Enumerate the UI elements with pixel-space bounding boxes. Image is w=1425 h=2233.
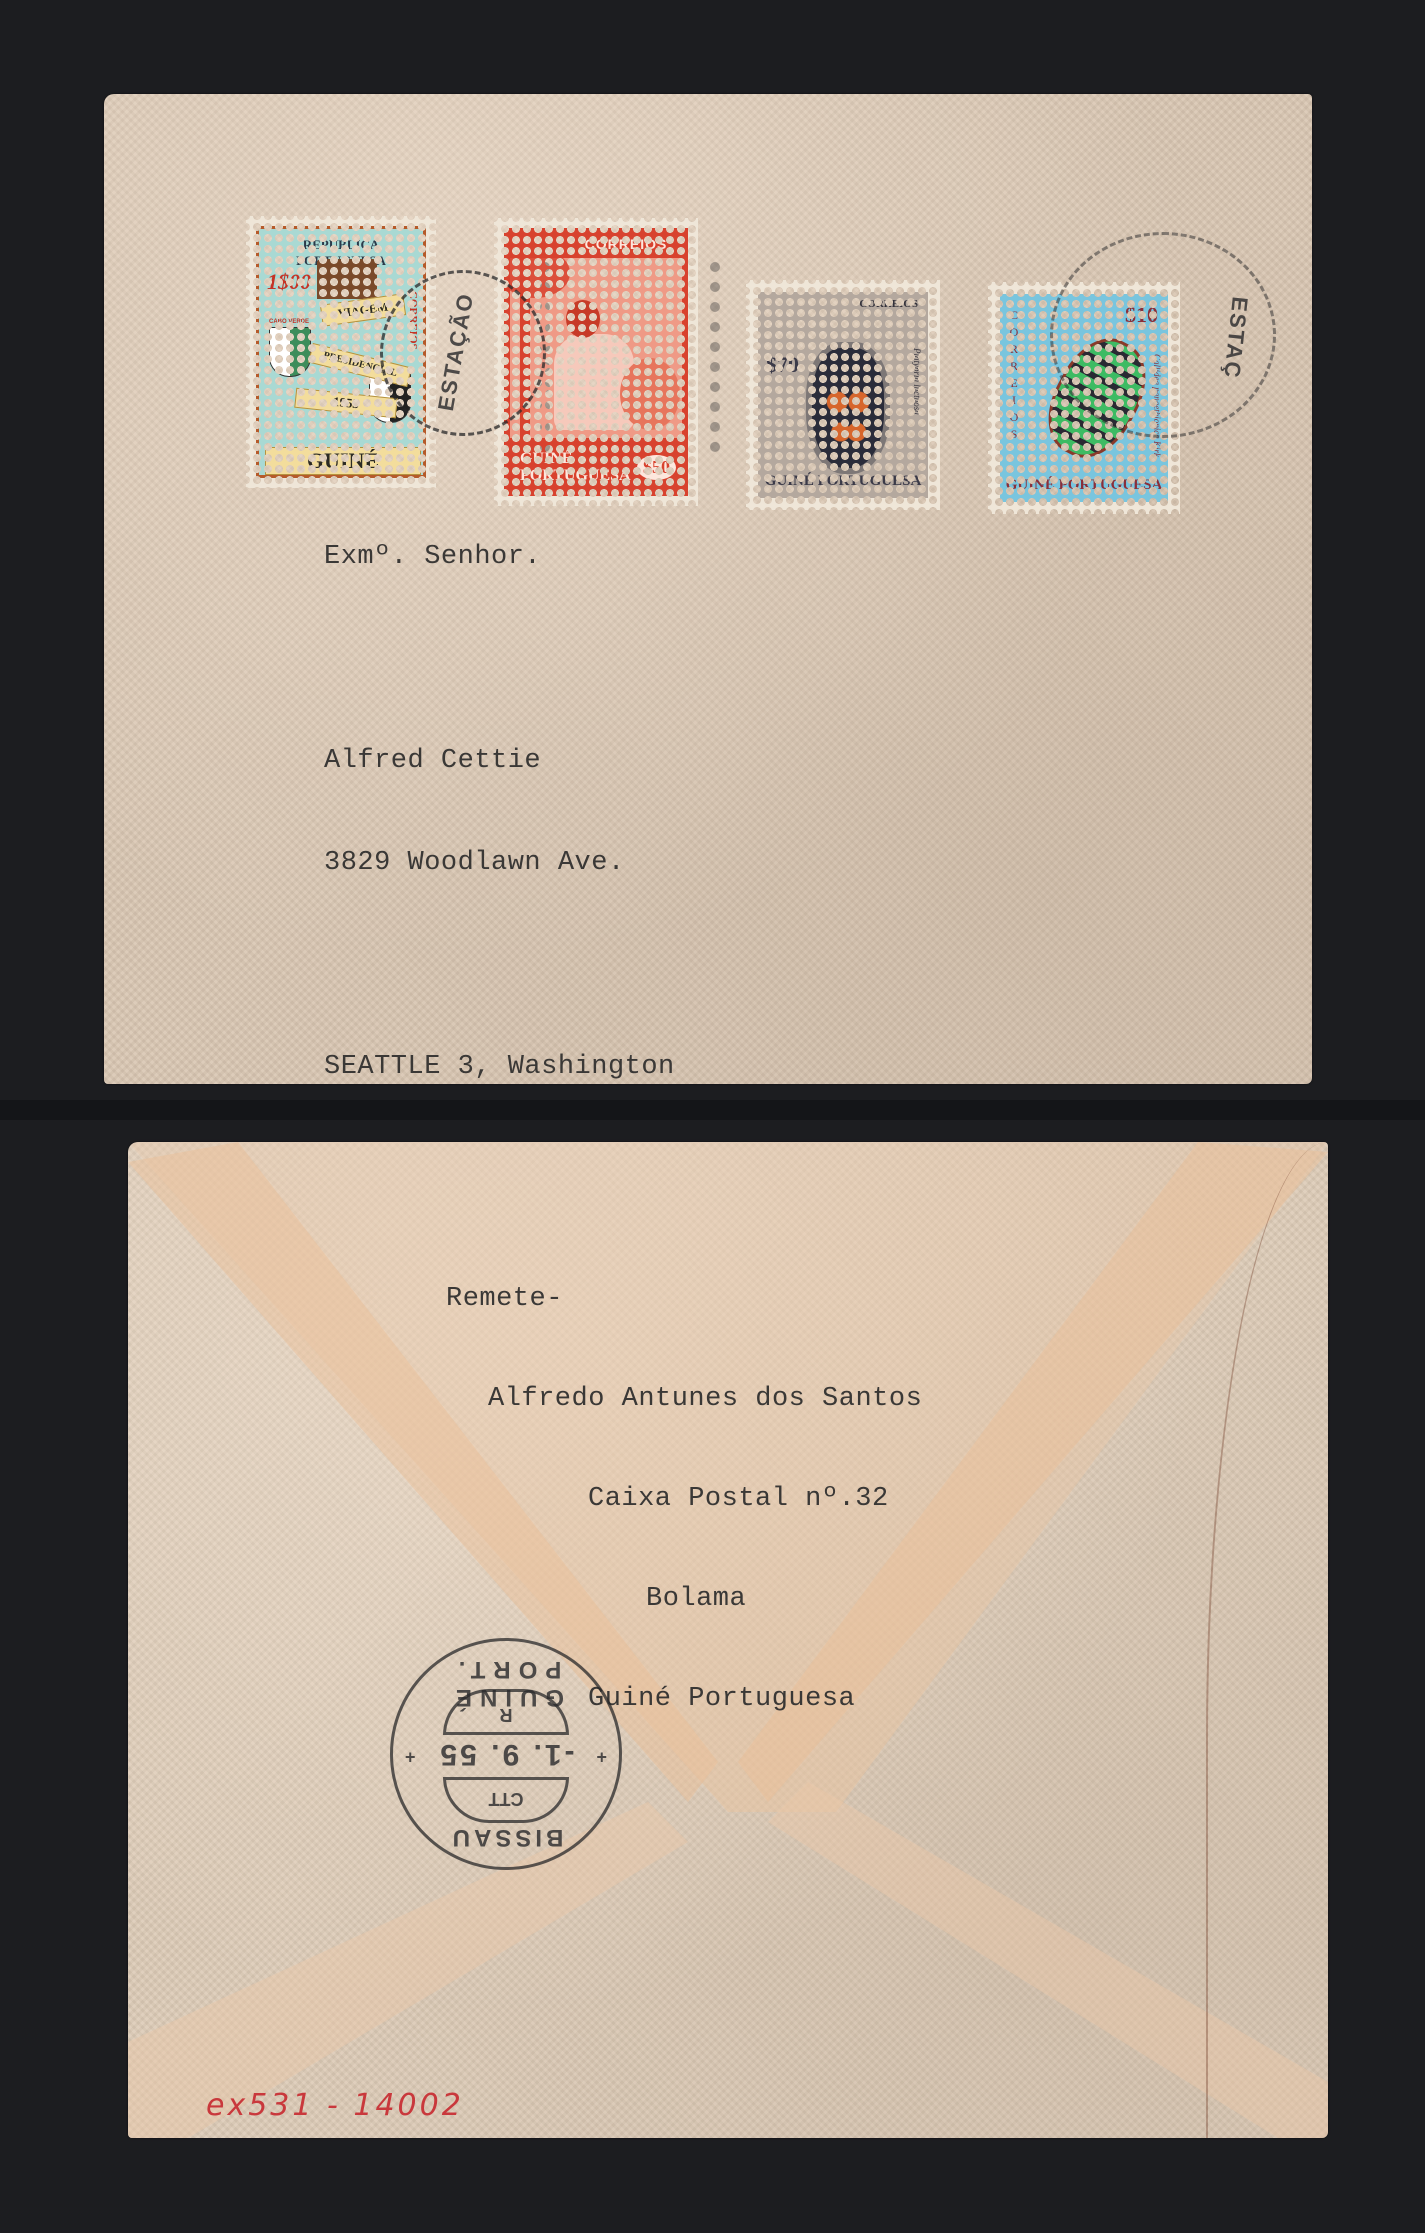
postmark-front-right: ESTAÇ xyxy=(1050,232,1276,438)
postmark-text: ESTAÇÃO xyxy=(429,271,482,433)
postmark-bottom-ring: GUINÉ PORT. xyxy=(393,1655,619,1711)
stamp-value: 1$00 xyxy=(267,269,311,295)
beetle-icon xyxy=(812,348,884,468)
pencil-inventory-note: ex531 - 14002 xyxy=(206,2088,464,2123)
stamp-country: GUINÉ PORTUGUESA xyxy=(758,473,928,490)
stamp-header: CORREIOS xyxy=(1006,308,1021,444)
kora-instrument-illustration xyxy=(620,358,680,430)
sender-name: Alfredo Antunes dos Santos xyxy=(446,1382,922,1414)
coat-of-arms-icon xyxy=(269,327,311,377)
stamp-value: $70 xyxy=(766,352,799,378)
envelope-side-flap xyxy=(1206,1142,1328,2138)
recipient-name: Alfred Cettie xyxy=(324,744,675,778)
stamp-country: GUINÉ PORTUGUESA xyxy=(1000,477,1168,494)
postmark-date: -1. 9. 55 xyxy=(393,1737,619,1771)
sender-po-box: Caixa Postal nº.32 xyxy=(446,1482,922,1514)
stamp-banner: GUINÉ xyxy=(265,447,421,475)
postmark-top-ring: BISSAU xyxy=(393,1823,619,1851)
stamp-small-label: CABO VERDE xyxy=(269,319,309,325)
postmark-back-bissau: BISSAU CTT + -1. 9. 55 + R GUINÉ PORT. xyxy=(390,1638,622,1870)
recipient-city: SEATTLE 3, Washington xyxy=(324,1050,675,1084)
postmark-text: ESTAÇ xyxy=(1218,295,1253,380)
postmark-lower-segment: CTT xyxy=(393,1788,619,1809)
sender-town: Bolama xyxy=(446,1582,922,1614)
sender-label: Remete- xyxy=(446,1282,922,1314)
salutation: Exmº. Senhor. xyxy=(324,540,541,574)
album-page-seam xyxy=(0,1100,1425,1120)
stamp-value: $50 xyxy=(637,455,676,480)
recipient-street: 3829 Woodlawn Ave. xyxy=(324,846,675,880)
plus-icon: + xyxy=(405,1746,416,1767)
stamp-latin-name: Platypria luctuosa xyxy=(912,348,922,415)
stamp-beetle-grey: CORREIOS $70 Platypria luctuosa GUINÉ PO… xyxy=(746,280,940,510)
stamp-header: CORREIOS xyxy=(758,298,928,310)
tower-illustration xyxy=(317,259,377,299)
musician-head-illustration xyxy=(566,300,600,338)
